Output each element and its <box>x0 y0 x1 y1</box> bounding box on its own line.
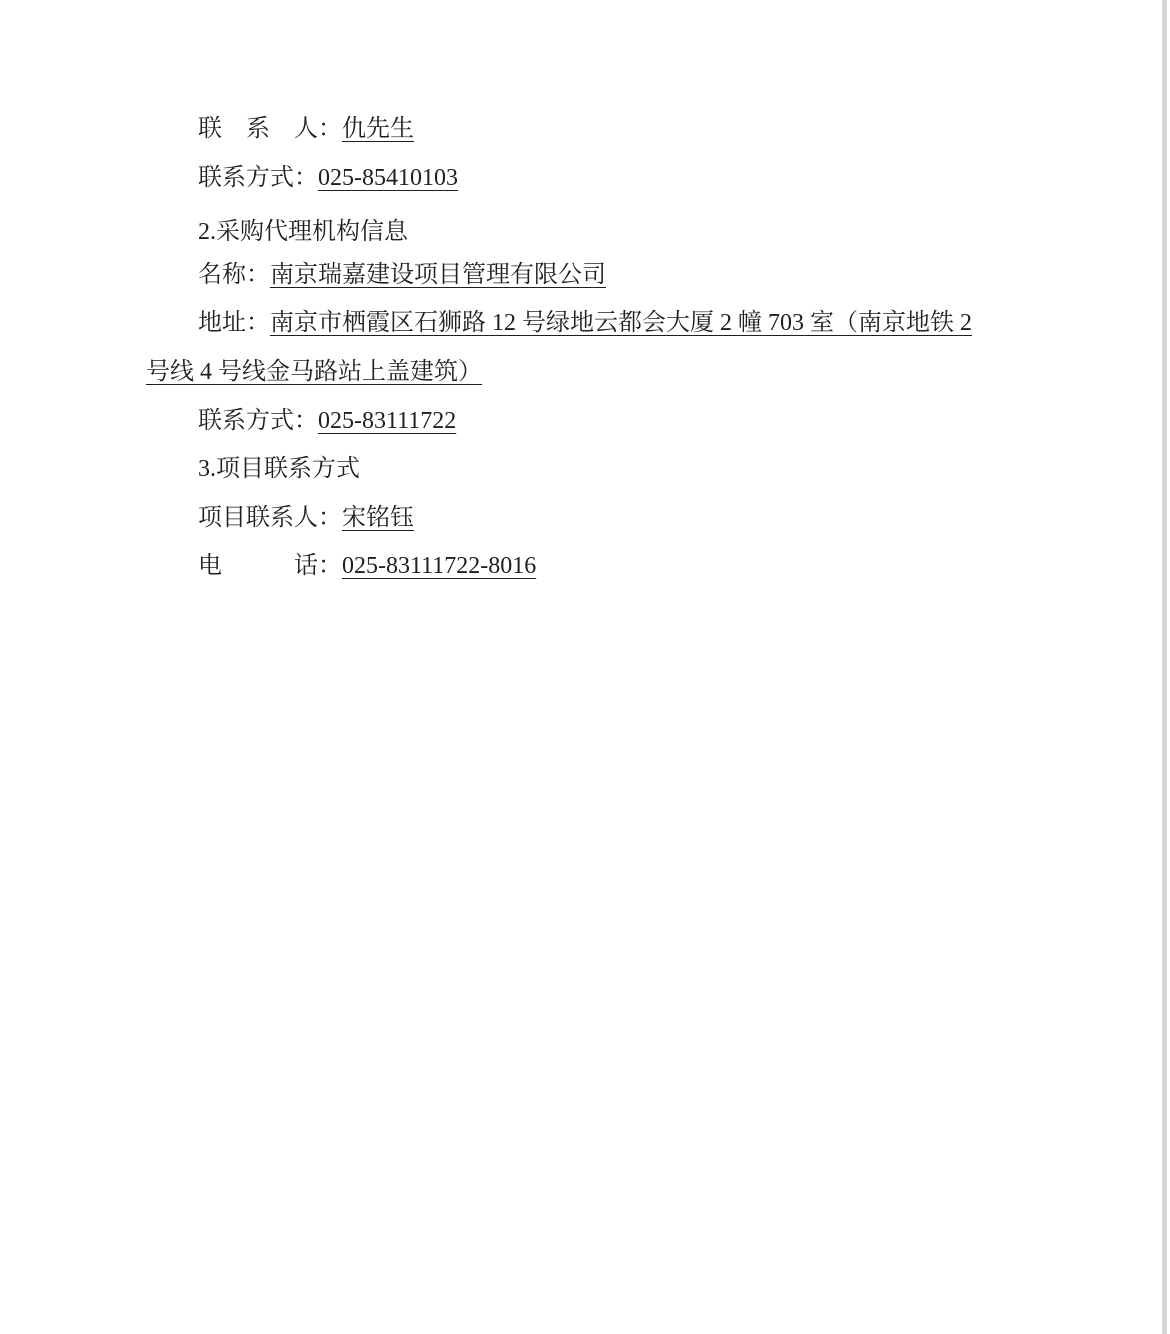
agency-name-row: 名称：南京瑞嘉建设项目管理有限公司 <box>146 251 987 300</box>
agency-phone-row: 联系方式：025-83111722 <box>146 397 987 446</box>
project-phone-label: 电 话： <box>198 553 342 579</box>
agency-phone-label: 联系方式： <box>198 408 318 434</box>
contact-phone-label: 联系方式： <box>198 165 318 191</box>
agency-address-value: 南京市栖霞区石狮路 12 号绿地云都会大厦 2 幢 703 室（南京地铁 2 号… <box>146 310 972 385</box>
project-phone-value: 025-83111722-8016 <box>342 553 536 579</box>
contact-person-label: 联 系 人： <box>198 116 342 142</box>
agency-section-heading-text: 2.采购代理机构信息 <box>198 219 408 245</box>
project-phone-row: 电 话：025-83111722-8016 <box>146 542 987 591</box>
project-section-heading: 3.项目联系方式 <box>146 445 987 494</box>
agency-section-heading: 2.采购代理机构信息 <box>146 208 987 257</box>
project-contact-row: 项目联系人：宋铭钰 <box>146 494 987 543</box>
document-content: 联 系 人：仇先生 联系方式：025-85410103 2.采购代理机构信息 名… <box>0 0 1170 591</box>
project-contact-label: 项目联系人： <box>198 505 342 531</box>
agency-phone-value: 025-83111722 <box>318 408 456 434</box>
contact-person-value: 仇先生 <box>342 116 414 142</box>
contact-person-row: 联 系 人：仇先生 <box>146 105 987 154</box>
project-section-heading-text: 3.项目联系方式 <box>198 456 360 482</box>
contact-phone-row: 联系方式：025-85410103 <box>146 154 987 203</box>
agency-address-row: 地址：南京市栖霞区石狮路 12 号绿地云都会大厦 2 幢 703 室（南京地铁 … <box>146 299 987 396</box>
agency-name-value: 南京瑞嘉建设项目管理有限公司 <box>270 262 606 288</box>
agency-name-label: 名称： <box>198 262 270 288</box>
document-page: 联 系 人：仇先生 联系方式：025-85410103 2.采购代理机构信息 名… <box>0 0 1170 1334</box>
contact-phone-value: 025-85410103 <box>318 165 458 191</box>
scrollbar-track[interactable] <box>1162 0 1167 1334</box>
project-contact-value: 宋铭钰 <box>342 505 414 531</box>
agency-address-label: 地址： <box>198 310 270 336</box>
